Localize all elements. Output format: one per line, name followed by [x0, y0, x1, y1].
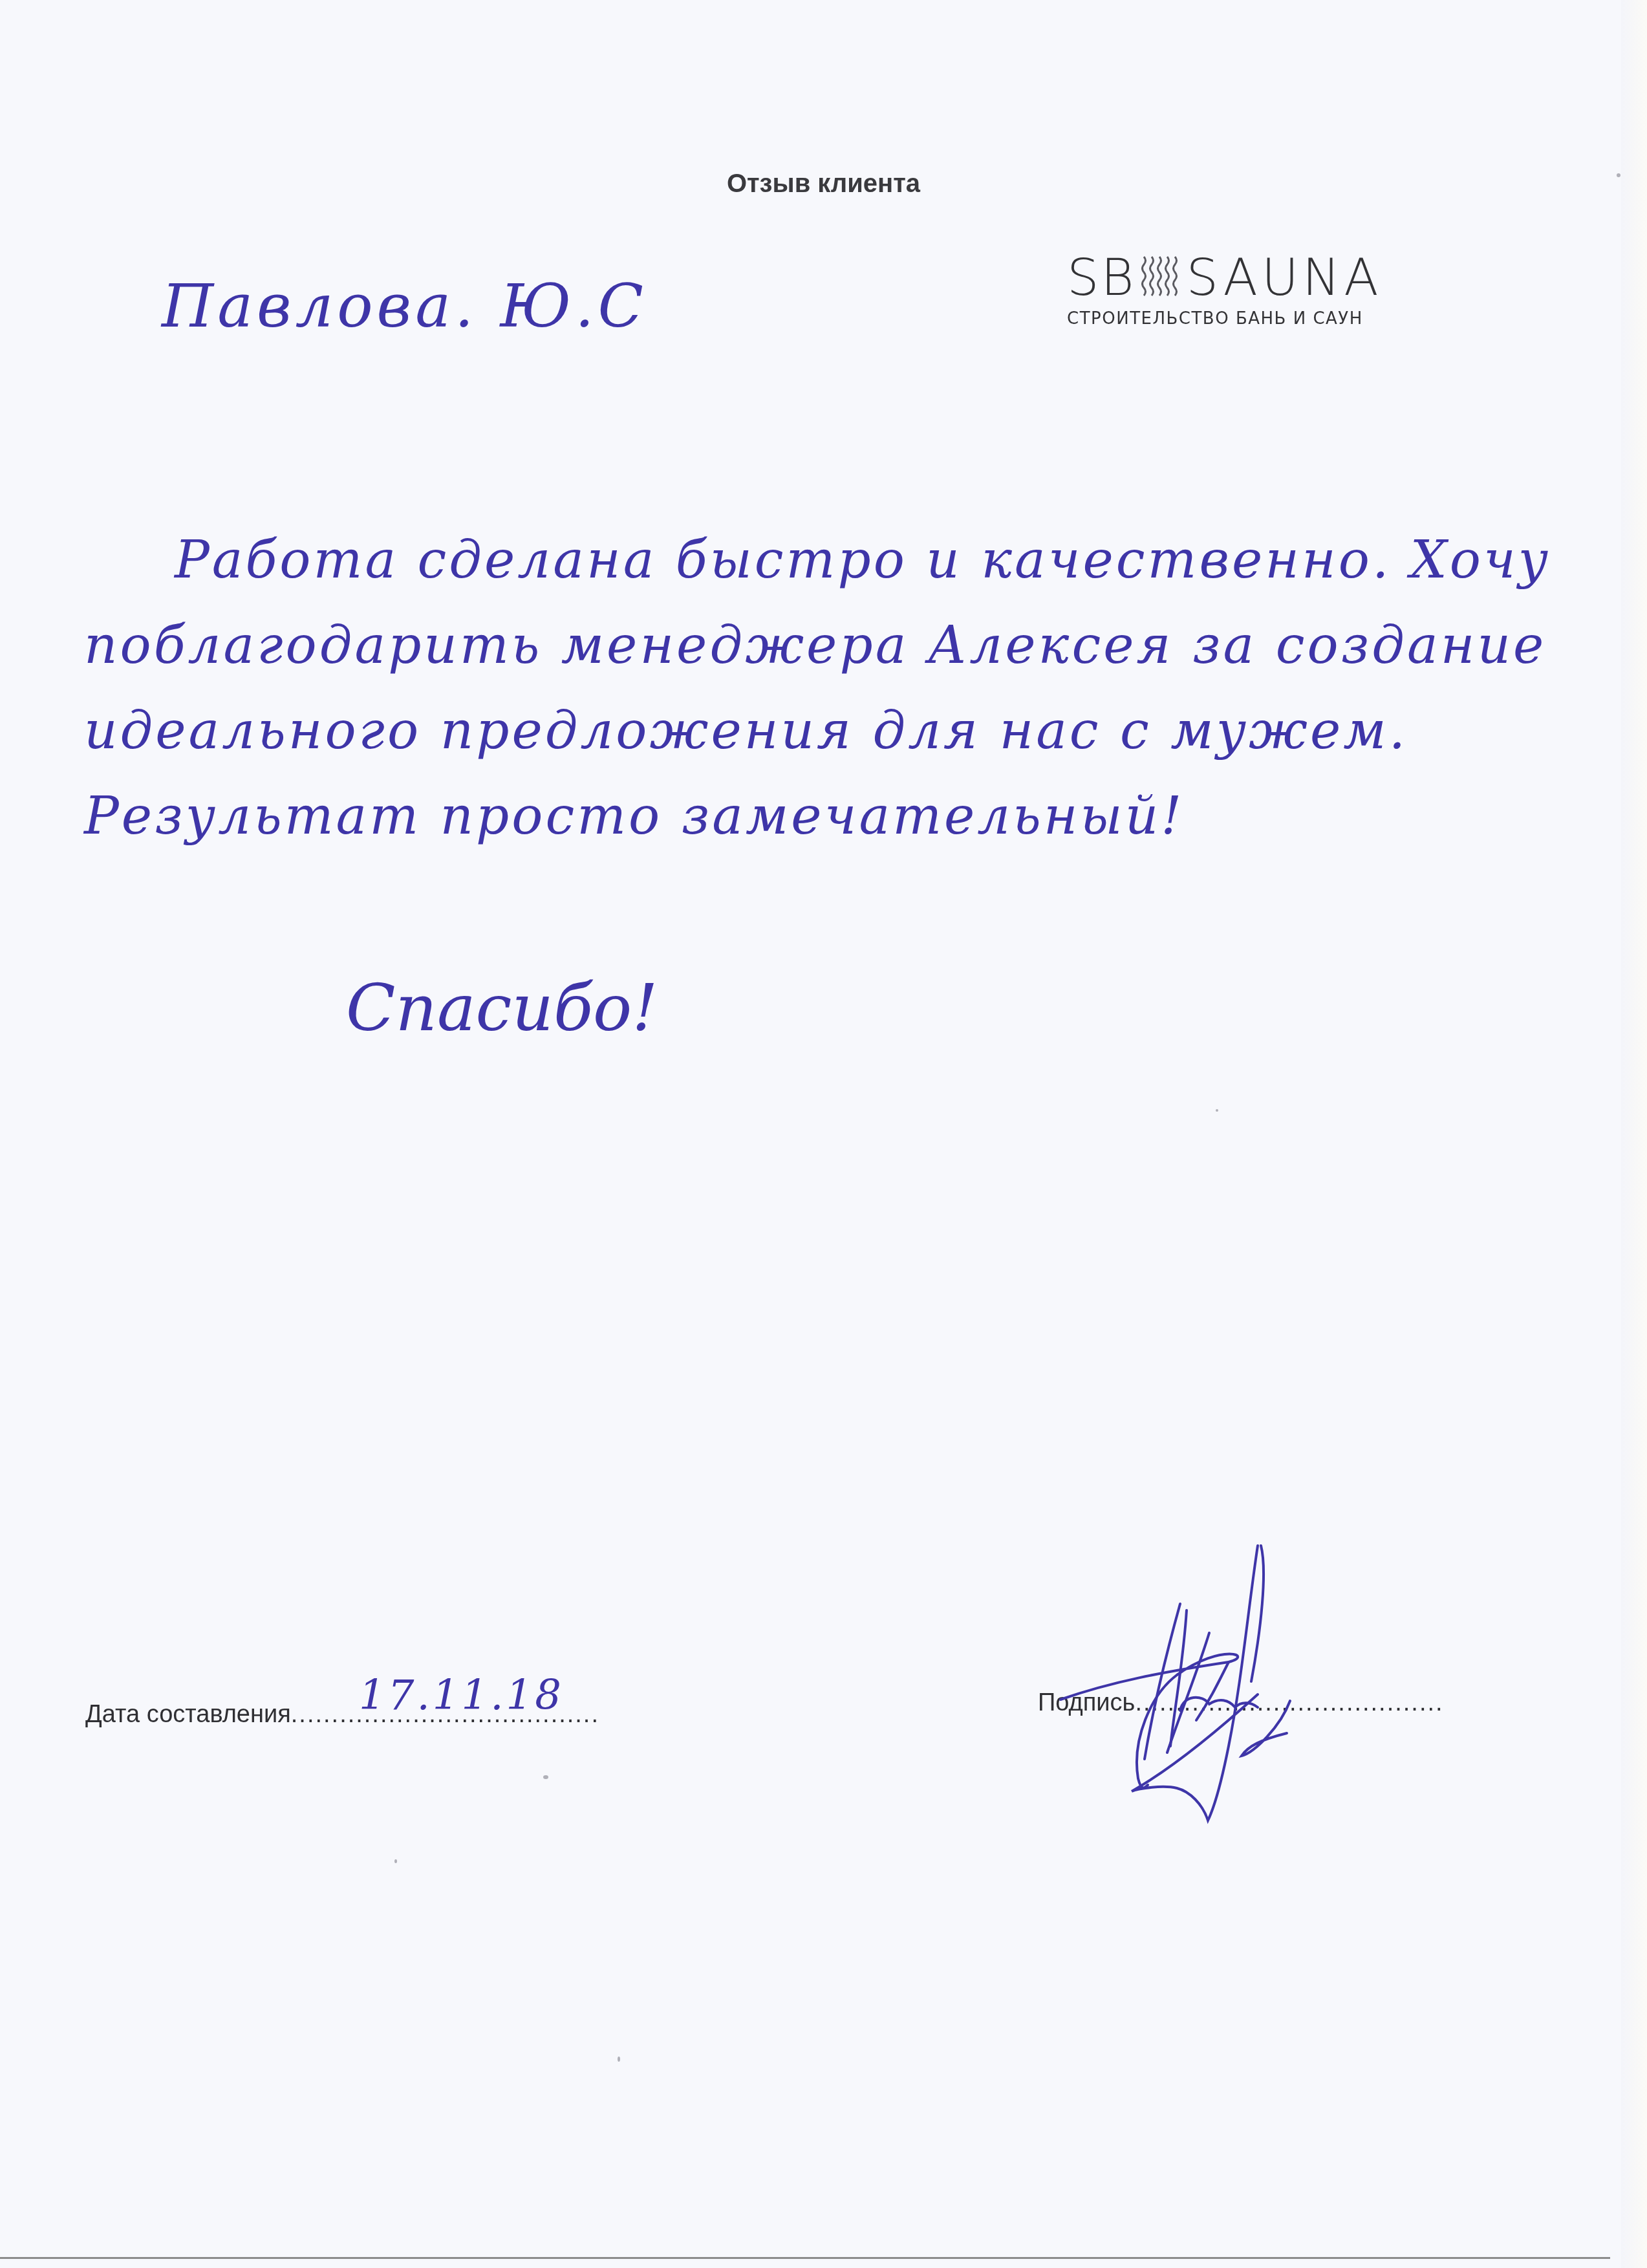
- review-line: идеального предложения для нас с мужем.: [84, 688, 1494, 773]
- customer-name: Павлова. Ю.С: [162, 272, 647, 341]
- review-line: Результат просто замечательный!: [84, 773, 1494, 859]
- page-title: Отзыв клиента: [0, 169, 1647, 199]
- logo-tagline: СТРОИТЕЛЬСТВО БАНЬ И САУН: [1067, 309, 1455, 329]
- review-line: Работа сделана быстро и качественно. Хоч…: [84, 517, 1494, 603]
- date-value: 17.11.18: [359, 1672, 564, 1720]
- logo-text-sb: SB: [1067, 251, 1136, 305]
- review-line: поблагодарить менеджера Алексея за созда…: [84, 603, 1494, 688]
- logo-text-sauna: SAUNA: [1187, 251, 1383, 305]
- scan-speck: [1216, 1109, 1218, 1112]
- scan-edge: [1621, 0, 1647, 2268]
- date-label: Дата составления: [85, 1701, 291, 1728]
- scan-border-line: [0, 2257, 1610, 2259]
- handwritten-signature: [1035, 1533, 1358, 1833]
- closing-thanks: Спасибо!: [346, 970, 658, 1046]
- scan-speck: [543, 1775, 548, 1779]
- review-text: Работа сделана быстро и качественно. Хоч…: [84, 517, 1494, 859]
- scan-speck: [394, 1859, 397, 1863]
- steam-waves-icon: [1141, 254, 1180, 303]
- scan-speck: [1617, 173, 1620, 177]
- company-logo: SB SAUNA СТРОИТЕЛЬСТВО БАНЬ И САУН: [1067, 251, 1455, 329]
- scan-speck: [618, 2057, 620, 2062]
